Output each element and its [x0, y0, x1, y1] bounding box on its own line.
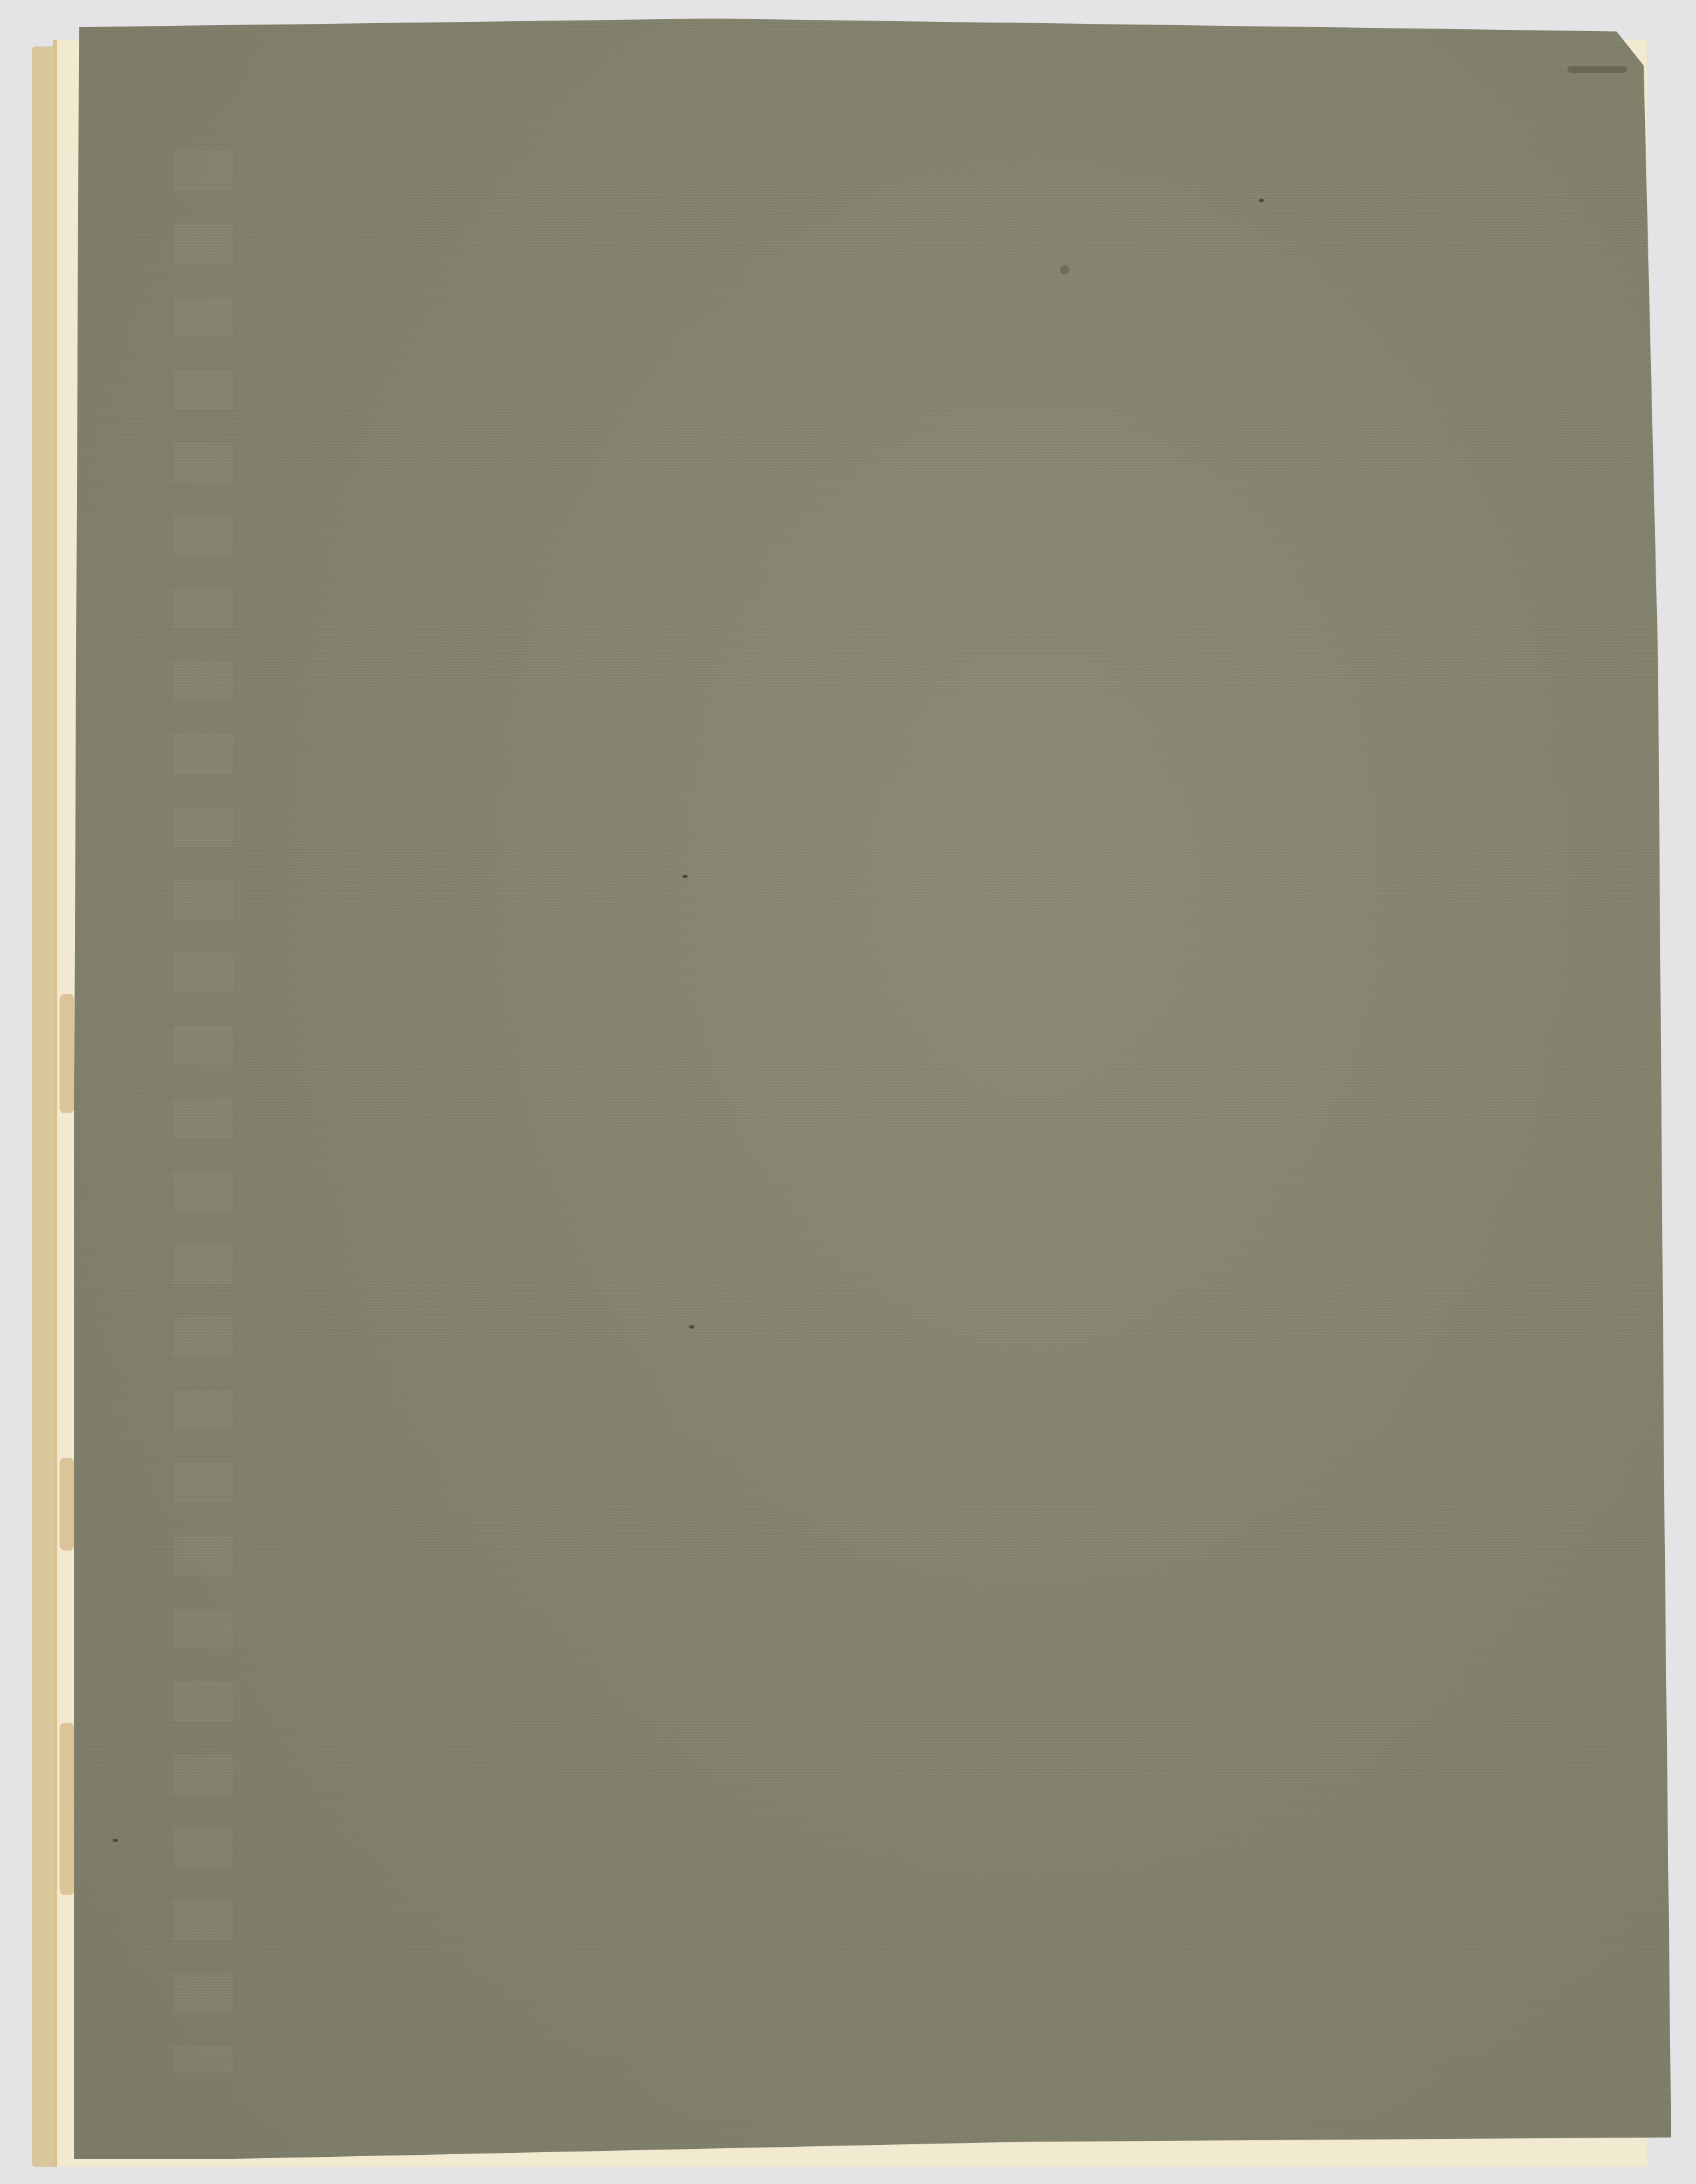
water-stain — [60, 994, 74, 1113]
portfolio-cover — [74, 19, 1671, 2159]
photo-scene — [0, 0, 1696, 2184]
speck — [689, 1325, 694, 1329]
speck — [1259, 199, 1264, 202]
faint-offset-mark — [174, 151, 233, 2073]
water-stain — [60, 1458, 74, 1551]
speck — [113, 1839, 118, 1842]
water-stain — [60, 1723, 74, 1895]
cover-crease — [1567, 66, 1627, 73]
speck — [1060, 265, 1069, 274]
speck — [682, 875, 688, 878]
